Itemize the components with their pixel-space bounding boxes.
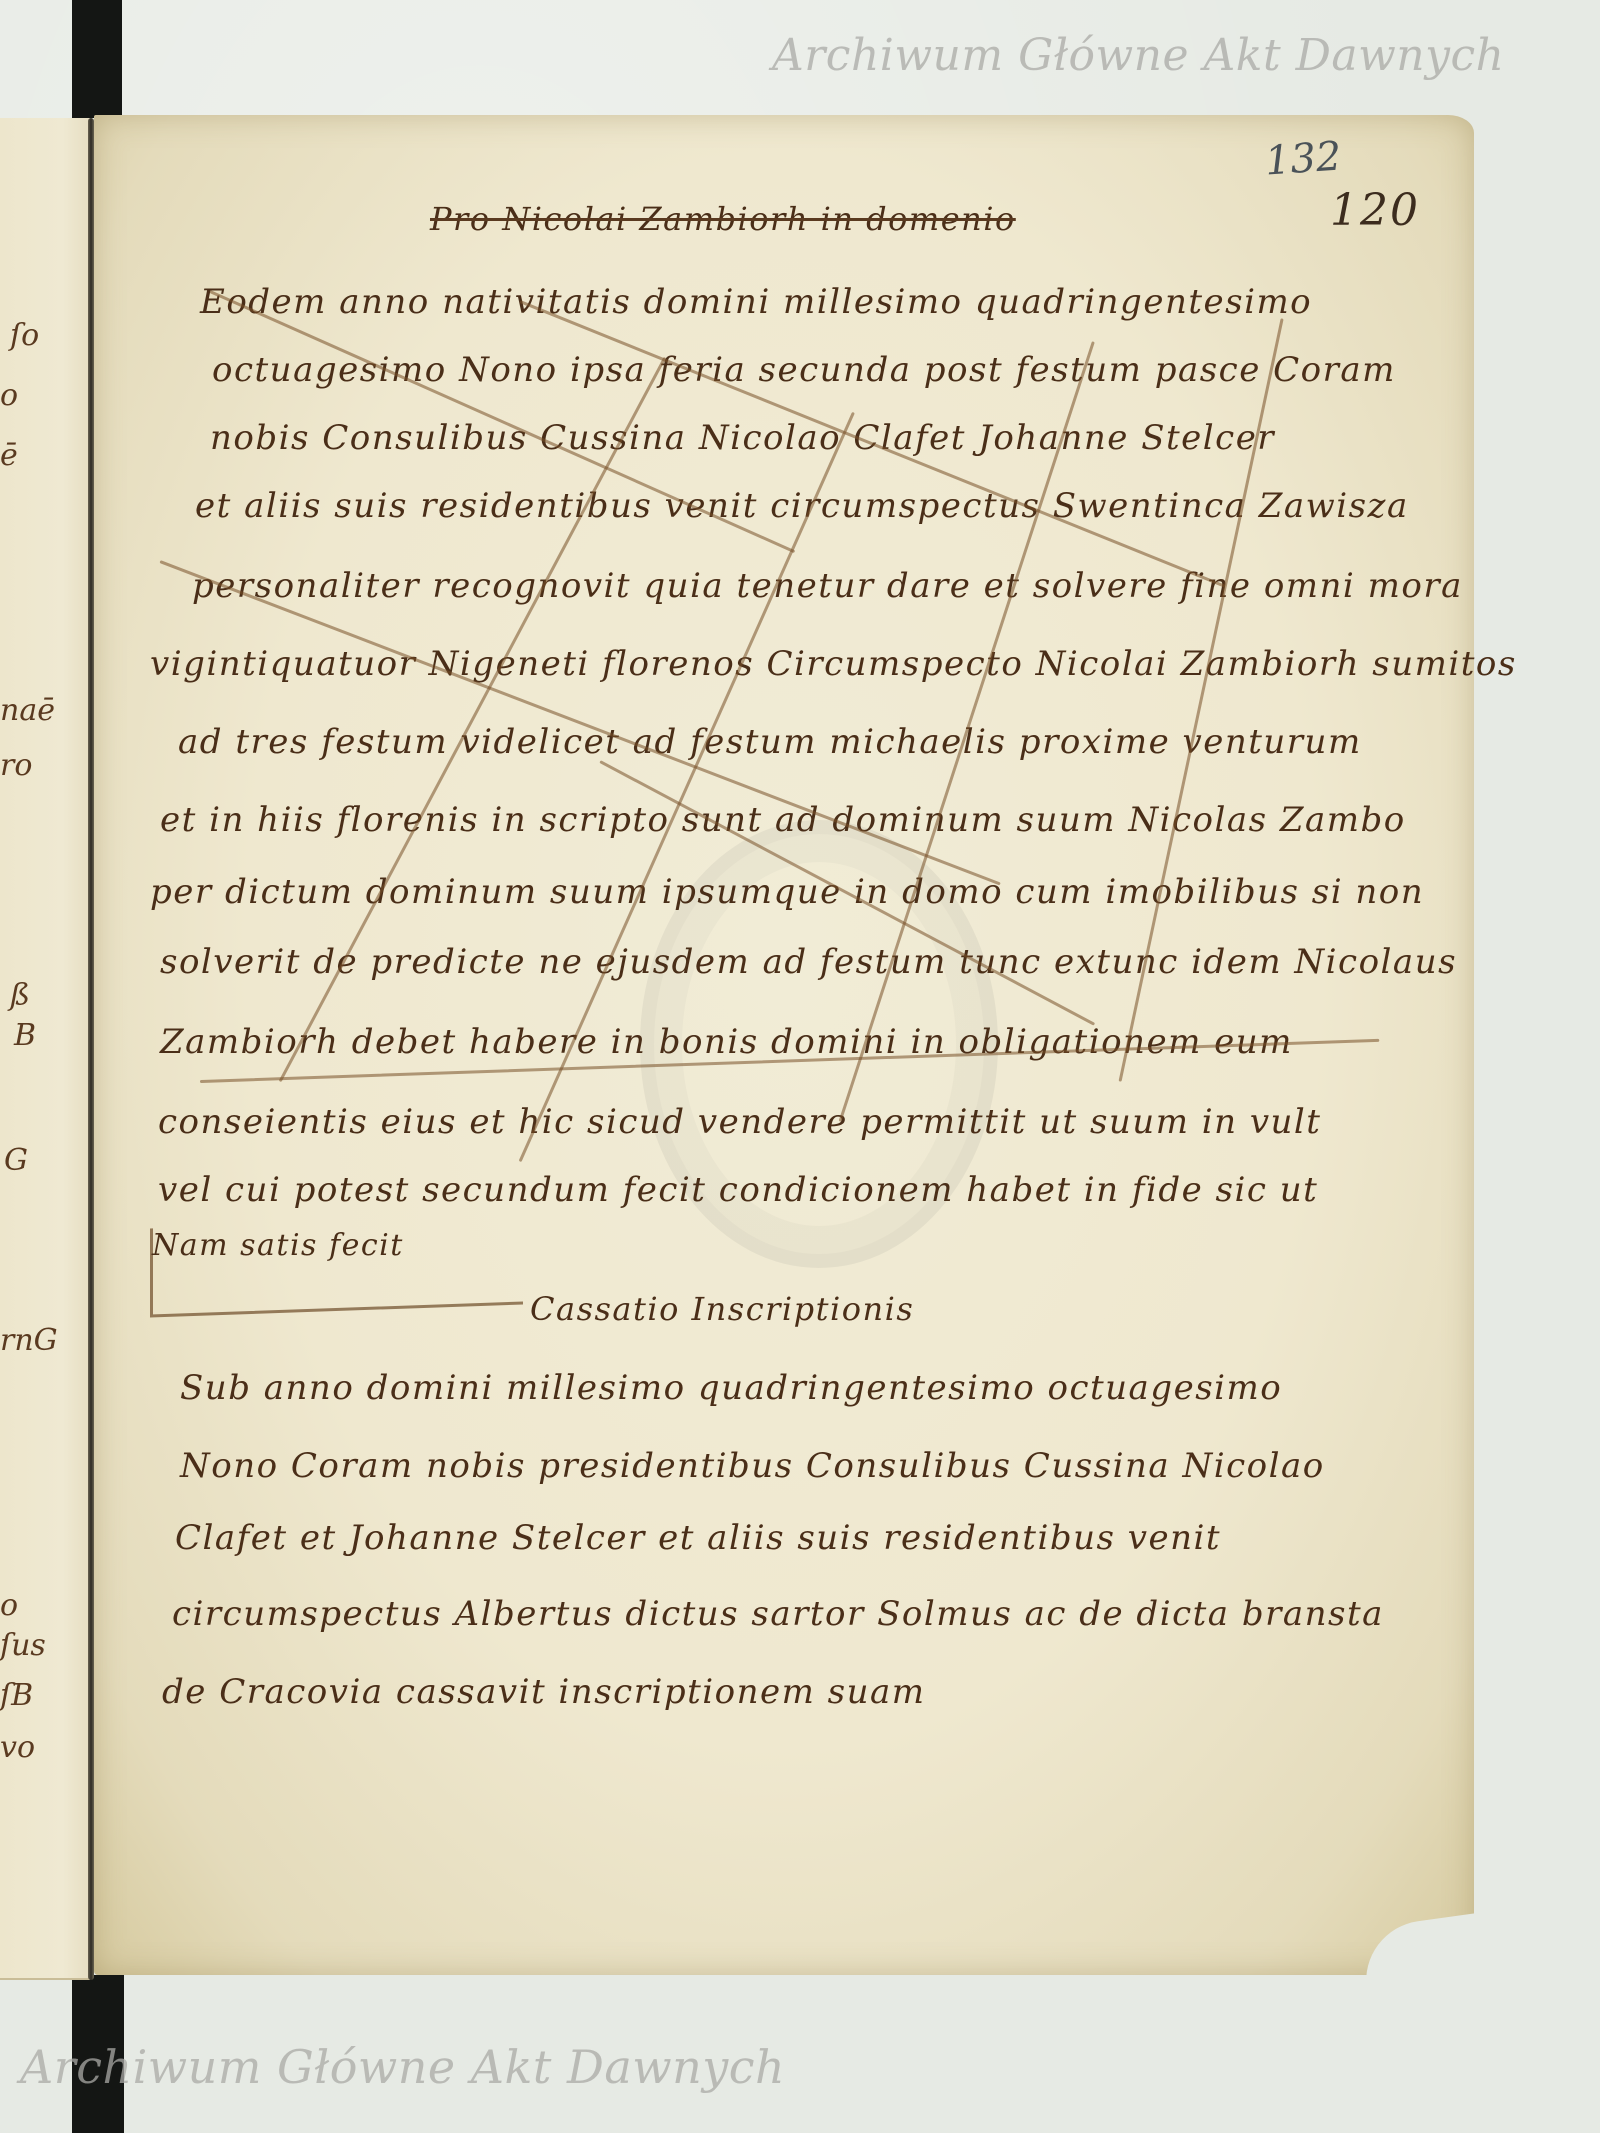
entry-1-line: et in hiis florenis in scripto sunt ad d…	[160, 800, 1406, 840]
entry-1-line: et aliis suis residentibus venit circums…	[195, 486, 1409, 526]
entry-1-line: vigintiquatuor Nigeneti florenos Circums…	[150, 644, 1517, 684]
margin-fragment: B	[14, 1018, 36, 1053]
entry-1-line: per dictum dominum suum ipsumque in domo…	[150, 872, 1424, 912]
archive-watermark-top: Archiwum Główne Akt Dawnych	[772, 30, 1504, 81]
entry-2-line: Nono Coram nobis presidentibus Consulibu…	[180, 1446, 1325, 1486]
margin-fragment: G	[4, 1143, 28, 1178]
entry-1-line: ad tres festum videlicet ad festum micha…	[178, 722, 1362, 762]
entry-2-line: circumspectus Albertus dictus sartor Sol…	[172, 1594, 1384, 1634]
margin-fragment: ſus	[0, 1628, 46, 1663]
entry-1-line: solverit de predicte ne ejusdem ad festu…	[160, 942, 1457, 982]
left-page-fragment: ſo o ē naē ro ß B G rnG o ſus ſB vo	[0, 118, 90, 1980]
margin-fragment: ē	[0, 438, 18, 473]
entry-2-line: de Cracovia cassavit inscriptionem suam	[162, 1672, 926, 1712]
margin-fragment: ſB	[0, 1678, 33, 1713]
entry-1-line: personaliter recognovit quia tenetur dar…	[192, 566, 1463, 606]
archive-watermark-bottom: Archiwum Główne Akt Dawnych	[20, 2040, 785, 2094]
entry-2-heading: Cassatio Inscriptionis	[530, 1290, 914, 1328]
entry-1-heading: Pro Nicolai Zambiorh in domenio	[430, 200, 1016, 238]
entry-1-line: conseientis eius et hic sicud vendere pe…	[158, 1102, 1321, 1142]
entry-2-line: Sub anno domini millesimo quadringentesi…	[180, 1368, 1282, 1408]
entry-1-closing-note: Nam satis fecit	[152, 1228, 404, 1263]
margin-fragment: o	[0, 378, 18, 413]
margin-fragment: o	[0, 1588, 18, 1623]
entry-1-line: Eodem anno nativitatis domini millesimo …	[200, 282, 1312, 322]
binding-strip-top	[72, 0, 122, 118]
entry-1-line: nobis Consulibus Cussina Nicolao Clafet …	[210, 418, 1275, 458]
entry-1-line: vel cui potest secundum fecit condicione…	[158, 1170, 1318, 1210]
margin-fragment: rnG	[0, 1323, 58, 1358]
margin-fragment: ſo	[10, 318, 39, 353]
folio-number-ink: 120	[1330, 185, 1420, 236]
folio-number-pencil: 132	[1263, 133, 1342, 184]
margin-fragment: ß	[10, 978, 30, 1013]
entry-2-line: Clafet et Johanne Stelcer et aliis suis …	[175, 1518, 1221, 1558]
margin-fragment: vo	[0, 1730, 35, 1765]
margin-fragment: ro	[0, 748, 32, 783]
margin-fragment: naē	[0, 693, 55, 728]
